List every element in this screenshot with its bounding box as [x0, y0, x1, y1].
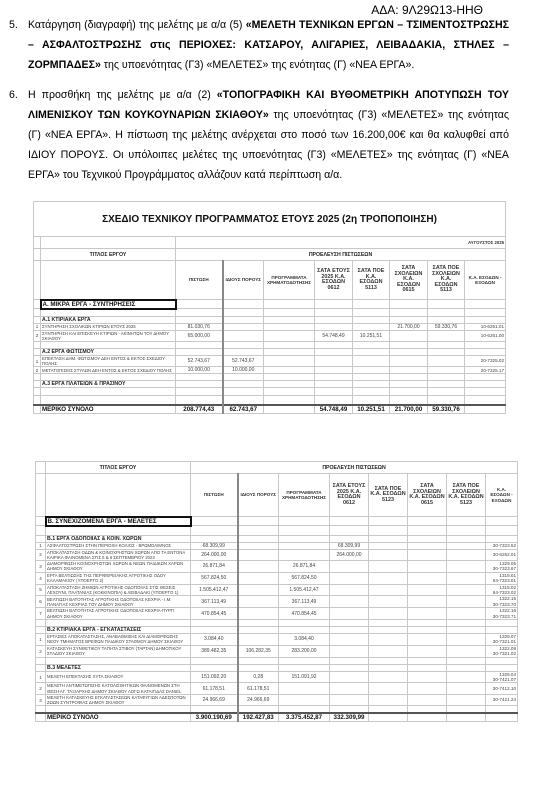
amount-cell	[353, 323, 390, 330]
amount-cell	[408, 549, 447, 560]
empty-cell	[486, 526, 518, 536]
amount-cell	[264, 323, 315, 330]
subtotal-amount: 21.700,00	[390, 405, 428, 414]
empty-cell	[390, 309, 428, 317]
amount-cell	[264, 330, 315, 341]
amount-cell: 61.178,51	[191, 683, 238, 694]
amount-cell: 26.871,84	[279, 560, 330, 572]
row-index: 4	[36, 572, 46, 584]
empty-cell	[41, 237, 176, 249]
empty-cell	[34, 261, 41, 300]
empty-cell	[191, 657, 238, 664]
project-name: ΑΣΦΑΛΤΟΣΤΡΩΣΗ ΣΤΗΝ ΠΕΡΙΟΧΗ ΚΟΛΙΟΣ - ΒΡΩΜ…	[46, 542, 191, 549]
empty-cell	[279, 664, 330, 671]
empty-cell	[465, 374, 506, 381]
amount-cell	[238, 549, 279, 560]
title-header-row: ΤΙΤΛΟΣ ΕΡΓΟΥΠΡΟΕΛΕΥΣΗ ΠΙΣΤΩΣΕΩΝ	[36, 462, 518, 474]
empty-cell	[486, 664, 518, 671]
subtotal-amount: 3.900.190,69	[191, 713, 238, 722]
empty-cell	[330, 619, 369, 626]
amount-cell	[279, 683, 330, 694]
empty-cell	[330, 535, 369, 542]
amount-cell	[264, 355, 315, 366]
subtotal-amount	[369, 713, 408, 722]
amount-cell	[369, 683, 408, 694]
column-header-row: ΠΙΣΤΩΣΗΙΔΙΟΥΣ ΠΟΡΟΥΣΠΡΟΓΡΑΜΜΑΤΑ ΧΡΗΜΑΤΟΔ…	[34, 261, 506, 300]
amount-cell: 567.824,50	[279, 572, 330, 584]
group-heading: Α.1 ΚΤΙΡΙΑΚΑ ΕΡΓΑ	[41, 316, 176, 323]
group-heading-row: Α.1 ΚΤΙΡΙΑΚΑ ΕΡΓΑ	[34, 316, 506, 323]
empty-cell	[36, 535, 46, 542]
empty-cell	[238, 535, 279, 542]
empty-cell	[279, 619, 330, 626]
empty-cell	[315, 381, 353, 388]
empty-cell	[264, 396, 315, 406]
row-index: 1	[36, 671, 46, 683]
empty-cell	[34, 237, 41, 249]
amount-cell	[369, 694, 408, 705]
empty-cell	[408, 517, 447, 526]
empty-cell	[447, 619, 486, 626]
empty-cell	[36, 657, 46, 664]
budget-code: 1315.0264-7323.02	[486, 584, 518, 596]
row-index: 3	[36, 560, 46, 572]
empty-cell	[353, 381, 390, 388]
table-row: 1ΕΡΓΑΣΙΕΣ ΑΠΟΚΑΤΑΣΤΑΣΗΣ, ΑΝΑΒΑΘΜΙΣΗΣ ΚΑΙ…	[36, 633, 518, 645]
column-header: ΣΑΤΑ ΣΧΟΛΕΙΩΝ Κ.Α. ΕΣΟΔΩΝ 0615	[408, 474, 447, 517]
spacer-row	[34, 388, 506, 396]
column-header: ΣΑΤΑ ΣΧΟΛΕΙΩΝ Κ.Α. ΕΣΟΔΩΝ 0615	[390, 261, 428, 300]
empty-cell	[465, 341, 506, 348]
column-header: ΣΑΤΑ ΕΤΟΥΣ 2025 Κ.Α. ΕΣΟΔΩΝ 0612	[315, 261, 353, 300]
amount-cell	[279, 549, 330, 560]
spacer-row	[36, 526, 518, 536]
empty-cell	[353, 396, 390, 406]
empty-cell	[46, 526, 191, 536]
empty-cell	[390, 388, 428, 396]
amount-cell	[353, 367, 390, 374]
table-row: 5ΑΠΟΚΑΤΑΣΤΑΣΗ ΖΗΜΙΩΝ ΑΓΡΟΤΙΚΗΣ ΟΔΟΠΟΙΙΑΣ…	[36, 584, 518, 596]
amount-cell: 567.824,50	[191, 572, 238, 584]
amount-cell	[447, 694, 486, 705]
row-index: 2	[36, 645, 46, 657]
group-heading: Α.2 ΕΡΓΑ ΦΩΤΙΣΜΟΥ	[41, 348, 176, 355]
empty-cell	[34, 388, 41, 396]
amount-cell	[447, 683, 486, 694]
empty-cell	[408, 657, 447, 664]
empty-cell	[264, 309, 315, 317]
table-row: 3ΜΕΛΕΤΗ ΚΑΤΑΣΚΕΥΗΣ ΕΓΚΑΤΑΣΤΑΣΕΩΝ ΚΑΤΑΦΥΓ…	[36, 694, 518, 705]
project-name: ΜΕΛΕΤΗ ΑΝΤΙΜΕΤΩΠΙΣΗΣ ΚΑΤΟΛΙΣΘΗΤΙΚΩΝ ΦΑΙΝ…	[46, 683, 191, 694]
empty-cell	[238, 706, 279, 714]
project-name: ΕΠΕΚΤΑΣΗ ΔΗΜ. ΦΩΤΙΣΜΟΥ ΔΕΗ ΕΝΤΟΣ & ΕΚΤΟΣ…	[41, 355, 176, 366]
empty-cell	[408, 526, 447, 536]
empty-cell	[315, 396, 353, 406]
amount-cell	[369, 671, 408, 683]
paragraph-number: 5.	[9, 15, 18, 35]
budget-code: 30-7421.24	[486, 694, 518, 705]
amount-cell: 21.700,00	[390, 323, 428, 330]
amount-cell	[330, 584, 369, 596]
amount-cell	[279, 542, 330, 549]
amount-cell	[238, 572, 279, 584]
empty-cell	[428, 388, 465, 396]
empty-cell	[223, 309, 264, 317]
amount-cell	[369, 572, 408, 584]
amount-cell	[330, 572, 369, 584]
empty-cell	[369, 657, 408, 664]
empty-cell	[486, 517, 518, 526]
empty-cell	[176, 348, 223, 355]
amount-cell	[369, 633, 408, 645]
amount-cell	[223, 323, 264, 330]
technical-program-table-a: ΣΧΕΔΙΟ ΤΕΧΝΙΚΟΥ ΠΡΟΓΡΑΜΜΑΤΟΣ ΕΤΟΥΣ 2025 …	[33, 201, 506, 414]
amount-cell: 367.113,49	[191, 596, 238, 608]
subtotal-amount	[264, 405, 315, 414]
group-heading-row: Β.3 ΜΕΛΕΤΕΣ	[36, 664, 518, 671]
empty-cell	[315, 374, 353, 381]
empty-cell	[279, 626, 330, 633]
empty-cell	[369, 535, 408, 542]
empty-cell	[447, 517, 486, 526]
empty-cell	[353, 316, 390, 323]
amount-cell	[408, 572, 447, 584]
budget-code: 30-7412.10	[486, 683, 518, 694]
table-title: ΣΧΕΔΙΟ ΤΕΧΝΙΚΟΥ ΠΡΟΓΡΑΜΜΑΤΟΣ ΕΤΟΥΣ 2025 …	[34, 202, 506, 237]
paragraph-text: Κατάργηση (διαγραφή) της μελέτης με α/α …	[28, 15, 509, 75]
subtotal-amount: 192.427,83	[238, 713, 279, 722]
empty-cell	[36, 462, 46, 474]
column-header: Κ.Α. ΕΣΟΔΩΝ - ΕΞΟΔΩΝ	[465, 261, 506, 300]
empty-cell	[36, 664, 46, 671]
amount-cell: 10.000,00	[176, 367, 223, 374]
empty-cell	[34, 300, 41, 309]
amount-cell: 1.505.412,47	[191, 584, 238, 596]
paragraph-text: Η προσθήκη της μελέτης με α/α (2) «ΤΟΠΟΓ…	[28, 85, 509, 185]
group-heading-row: Α.2 ΕΡΓΑ ΦΩΤΙΣΜΟΥ	[34, 348, 506, 355]
amount-cell	[330, 608, 369, 620]
empty-cell	[223, 396, 264, 406]
empty-cell	[353, 300, 390, 309]
amount-cell: 470.854,45	[279, 608, 330, 620]
empty-cell	[428, 316, 465, 323]
empty-cell	[238, 657, 279, 664]
table-row: 2ΑΠΟΚΑΤΑΣΤΑΣΗ ΟΔΩΝ & ΚΟΙΝΟΧΡΗΣΤΩΝ ΧΩΡΩΝ …	[36, 549, 518, 560]
project-name: ΔΙΑΜΟΡΦΩΣΗ ΚΟΙΝΟΧΡΗΣΤΩΝ ΧΩΡΩΝ & ΝΕΩΝ ΠΑΙ…	[46, 560, 191, 572]
empty-cell	[41, 309, 176, 317]
budget-code: 1322.1630-7323.71	[486, 608, 518, 620]
amount-cell	[330, 633, 369, 645]
subtotal-amount: 208.774,43	[176, 405, 223, 414]
empty-cell	[486, 535, 518, 542]
amount-cell: 3.084,40	[191, 633, 238, 645]
spacer-row	[34, 309, 506, 317]
amount-cell: 264.000,00	[191, 549, 238, 560]
project-name: ΒΕΛΤΙΩΣΗ ΒΑΤΟΤΗΤΑΣ ΑΓΡΟΤΙΚΗΣ ΟΔΟΠΟΙΙΑΣ Κ…	[46, 596, 191, 608]
amount-cell: 65.000,00	[176, 330, 223, 341]
empty-cell	[428, 374, 465, 381]
column-header: ΣΑΤΑ ΠΟΕ Κ.Α. ΕΣΟΔΩΝ 5113	[353, 261, 390, 300]
empty-cell	[428, 309, 465, 317]
row-index: 1	[34, 355, 41, 366]
amount-cell	[369, 560, 408, 572]
empty-cell	[330, 657, 369, 664]
empty-cell	[408, 706, 447, 714]
empty-cell	[223, 300, 264, 309]
amount-cell	[408, 542, 447, 549]
group-heading-row: Β.1 ΕΡΓΑ ΟΔΟΠΟΙΙΑΣ & ΚΟΙΝ. ΧΩΡΩΝ	[36, 535, 518, 542]
project-name: ΣΥΝΤΗΡΗΣΗ ΣΧΟΛΙΚΩΝ ΚΤΙΡΙΩΝ ΕΤΟΥΣ 2025	[41, 323, 176, 330]
column-header: Κ.Α. ΕΣΟΔΩΝ - ΕΞΟΔΩΝ	[486, 474, 518, 517]
empty-cell	[330, 664, 369, 671]
empty-cell	[330, 706, 369, 714]
amount-cell: 10.000,00	[223, 367, 264, 374]
empty-cell	[264, 341, 315, 348]
section-heading: Α. ΜΙΚΡΑ ΕΡΓΑ - ΣΥΝΤΗΡΗΣΕΙΣ	[41, 300, 176, 309]
table-row: 2ΜΕΤΑΤΟΠΙΣΕΙΣ ΣΤΥΛΩΝ ΔΕΗ ΕΝΤΟΣ & ΕΚΤΟΣ Σ…	[34, 367, 506, 374]
empty-cell	[264, 348, 315, 355]
project-title-header: ΤΙΤΛΟΣ ΕΡΓΟΥ	[41, 249, 176, 261]
empty-cell	[176, 374, 223, 381]
budget-code: 1329.0430-7421.07	[486, 671, 518, 683]
budget-code: 1322.1530-7323.70	[486, 596, 518, 608]
amount-cell	[447, 560, 486, 572]
subtotal-row: ΜΕΡΙΚΟ ΣΥΝΟΛΟ208.774,4362.743,6754.748,4…	[34, 405, 506, 414]
text-plain: Η προσθήκη της μελέτης με α/α (2)	[28, 89, 217, 101]
column-header: ΠΡΟΓΡΑΜΜΑΤΑ ΧΡΗΜΑΤΟΔΟΤΗΣΗΣ	[264, 261, 315, 300]
empty-cell	[390, 381, 428, 388]
amount-cell: 10.251,51	[353, 330, 390, 341]
amount-cell	[447, 584, 486, 596]
empty-cell	[34, 348, 41, 355]
empty-cell	[223, 341, 264, 348]
amount-cell: 264.000,00	[330, 549, 369, 560]
table-row: 1ΣΥΝΤΗΡΗΣΗ ΣΧΟΛΙΚΩΝ ΚΤΙΡΙΩΝ ΕΤΟΥΣ 202581…	[34, 323, 506, 330]
empty-cell	[369, 526, 408, 536]
empty-cell	[447, 526, 486, 536]
amount-cell	[408, 645, 447, 657]
empty-cell	[465, 381, 506, 388]
empty-cell	[447, 626, 486, 633]
budget-code: 1329.0530-7323.67	[486, 560, 518, 572]
amount-cell	[390, 355, 428, 366]
empty-cell	[428, 381, 465, 388]
empty-cell	[428, 300, 465, 309]
empty-cell	[353, 374, 390, 381]
table-row: 1ΑΣΦΑΛΤΟΣΤΡΩΣΗ ΣΤΗΝ ΠΕΡΙΟΧΗ ΚΟΛΙΟΣ - ΒΡΩ…	[36, 542, 518, 549]
empty-cell	[408, 626, 447, 633]
amount-cell	[369, 608, 408, 620]
empty-cell	[390, 316, 428, 323]
table-row: 2ΚΑΤΑΣΚΕΥΗ ΣΥΝΘΕΤΙΚΟΥ ΤΑΠΗΤΑ ΣΤΙΒΟΥ (ΤΑΡ…	[36, 645, 518, 657]
column-header: ΠΙΣΤΩΣΗ	[176, 261, 223, 300]
amount-cell	[238, 596, 279, 608]
date-row: ΑΥΓΟΥΣΤΟΣ 2025	[34, 237, 506, 249]
amount-cell: 283.200,00	[279, 645, 330, 657]
table-row: 3ΔΙΑΜΟΡΦΩΣΗ ΚΟΙΝΟΧΡΗΣΤΩΝ ΧΩΡΩΝ & ΝΕΩΝ ΠΑ…	[36, 560, 518, 572]
amount-cell	[447, 596, 486, 608]
empty-cell	[465, 396, 506, 406]
empty-cell	[369, 706, 408, 714]
table-row: 1ΜΕΛΕΤΗ ΕΠΕΚΤΑΣΗΣ ΧΥΤΑ ΣΚΙΑΘΟΥ151.092,20…	[36, 671, 518, 683]
empty-cell	[41, 261, 176, 300]
empty-cell	[191, 664, 238, 671]
empty-cell	[176, 388, 223, 396]
empty-cell	[238, 619, 279, 626]
table-row: 2ΣΥΝΤΗΡΗΣΗ ΚΑΙ ΕΠΙΣΚΕΥΗ ΚΤΙΡΙΩΝ - ΑΚΙΝΗΤ…	[34, 330, 506, 341]
empty-cell	[176, 316, 223, 323]
column-header: ΣΑΤΑ ΠΟΕ ΣΧΟΛΕΙΩΝ Κ.Α. ΕΣΟΔΩΝ 5113	[428, 261, 465, 300]
spacer-row	[34, 374, 506, 381]
row-index: 1	[36, 633, 46, 645]
empty-cell	[428, 396, 465, 406]
subtotal-amount	[486, 713, 518, 722]
amount-cell	[315, 355, 353, 366]
empty-cell	[34, 381, 41, 388]
empty-cell	[191, 706, 238, 714]
empty-cell	[315, 316, 353, 323]
empty-cell	[176, 309, 223, 317]
empty-cell	[191, 517, 238, 526]
empty-cell	[465, 300, 506, 309]
budget-code: 1322.0830-7321.02	[486, 645, 518, 657]
paragraph-item-6: 6. Η προσθήκη της μελέτης με α/α (2) «ΤΟ…	[0, 85, 539, 195]
project-name: ΜΕΛΕΤΗ ΚΑΤΑΣΚΕΥΗΣ ΕΓΚΑΤΑΣΤΑΣΕΩΝ ΚΑΤΑΦΥΓΙ…	[46, 694, 191, 705]
empty-cell	[176, 300, 223, 309]
amount-cell: 59.330,76	[428, 323, 465, 330]
empty-cell	[264, 300, 315, 309]
amount-cell	[408, 633, 447, 645]
amount-cell	[390, 330, 428, 341]
technical-program-table-b: ΤΙΤΛΟΣ ΕΡΓΟΥΠΡΟΕΛΕΥΣΗ ΠΙΣΤΩΣΕΩΝΠΙΣΤΩΣΗΙΔ…	[35, 461, 518, 722]
empty-cell	[264, 374, 315, 381]
funding-origin-header: ΠΡΟΕΛΕΥΣΗ ΠΙΣΤΩΣΕΩΝ	[191, 462, 518, 474]
row-index: 2	[34, 330, 41, 341]
column-header: ΠΙΣΤΩΣΗ	[191, 474, 238, 517]
table-row: 4ΕΡΓΑ ΒΕΛΤΙΩΣΗΣ ΤΗΣ ΠΕΡΙΦΕΡΕΙΑΚΗΣ ΑΓΡΟΤΙ…	[36, 572, 518, 584]
budget-code: 20-7325.17	[465, 367, 506, 374]
amount-cell	[408, 671, 447, 683]
amount-cell	[428, 330, 465, 341]
amount-cell	[369, 584, 408, 596]
amount-cell	[408, 683, 447, 694]
subtotal-amount	[408, 713, 447, 722]
budget-code: 20-7325.02	[465, 355, 506, 366]
empty-cell	[465, 348, 506, 355]
spacer-row	[34, 341, 506, 348]
empty-cell	[41, 396, 176, 406]
subtotal-amount	[465, 405, 506, 414]
amount-cell	[447, 572, 486, 584]
empty-cell	[330, 526, 369, 536]
empty-cell	[36, 626, 46, 633]
row-index: 2	[36, 549, 46, 560]
row-index: 2	[36, 683, 46, 694]
amount-cell	[447, 608, 486, 620]
subtotal-label: ΜΕΡΙΚΟ ΣΥΝΟΛΟ	[46, 713, 191, 722]
project-name: ΜΕΛΕΤΗ ΕΠΕΚΤΑΣΗΣ ΧΥΤΑ ΣΚΙΑΘΟΥ	[46, 671, 191, 683]
group-heading: Β.3 ΜΕΛΕΤΕΣ	[46, 664, 191, 671]
amount-cell: 151.091,92	[279, 671, 330, 683]
empty-cell	[264, 381, 315, 388]
empty-cell	[36, 713, 46, 722]
group-heading: Α.3 ΕΡΓΑ ΠΛΑΤΕΙΩΝ & ΠΡΑΣΙΝΟΥ	[41, 381, 176, 388]
empty-cell	[447, 535, 486, 542]
empty-cell	[36, 706, 46, 714]
row-index: 1	[34, 323, 41, 330]
amount-cell	[330, 694, 369, 705]
amount-cell	[408, 596, 447, 608]
empty-cell	[465, 309, 506, 317]
amount-cell	[238, 633, 279, 645]
empty-cell	[41, 341, 176, 348]
empty-cell	[390, 341, 428, 348]
amount-cell	[447, 542, 486, 549]
amount-cell: 68.309,99	[191, 542, 238, 549]
amount-cell: 52.743,67	[176, 355, 223, 366]
project-name: ΜΕΤΑΤΟΠΙΣΕΙΣ ΣΤΥΛΩΝ ΔΕΗ ΕΝΤΟΣ & ΕΚΤΟΣ ΣΧ…	[41, 367, 176, 374]
column-header: ΣΑΤΑ ΕΤΟΥΣ 2025 Κ.Α. ΕΣΟΔΩΝ 0612	[330, 474, 369, 517]
row-index: 3	[36, 694, 46, 705]
amount-cell	[447, 671, 486, 683]
empty-cell	[46, 619, 191, 626]
amount-cell	[279, 694, 330, 705]
project-name: ΒΕΛΤΙΩΣΗ ΒΑΤΟΤΗΤΑΣ ΑΓΡΟΤΙΚΗΣ ΟΔΟΠΟΙΙΑΣ Κ…	[46, 608, 191, 620]
amount-cell: 54.748,49	[315, 330, 353, 341]
empty-cell	[315, 300, 353, 309]
empty-cell	[36, 517, 46, 526]
empty-cell	[369, 664, 408, 671]
empty-cell	[223, 374, 264, 381]
budget-code: 30-6262.01	[486, 549, 518, 560]
empty-cell	[46, 657, 191, 664]
amount-cell	[264, 367, 315, 374]
empty-cell	[447, 664, 486, 671]
empty-cell	[223, 316, 264, 323]
amount-cell	[369, 596, 408, 608]
empty-cell	[279, 657, 330, 664]
empty-cell	[315, 309, 353, 317]
section-row: Α. ΜΙΚΡΑ ΕΡΓΑ - ΣΥΝΤΗΡΗΣΕΙΣ	[34, 300, 506, 309]
spacer-row	[36, 657, 518, 664]
amount-cell	[408, 694, 447, 705]
row-index: 2	[34, 367, 41, 374]
empty-cell	[279, 535, 330, 542]
empty-cell	[486, 626, 518, 633]
subtotal-amount: 10.251,51	[353, 405, 390, 414]
table-row: 1ΕΠΕΚΤΑΣΗ ΔΗΜ. ΦΩΤΙΣΜΟΥ ΔΕΗ ΕΝΤΟΣ & ΕΚΤΟ…	[34, 355, 506, 366]
empty-cell	[315, 388, 353, 396]
group-heading-row: Β.2 ΚΤΙΡΙΑΚΑ ΕΡΓΑ - ΕΓΚΑΤΑΣΤΑΣΕΙΣ	[36, 626, 518, 633]
empty-cell	[238, 526, 279, 536]
empty-cell	[315, 348, 353, 355]
empty-cell	[176, 381, 223, 388]
amount-cell	[315, 323, 353, 330]
amount-cell	[408, 608, 447, 620]
empty-cell	[279, 517, 330, 526]
amount-cell: 151.092,20	[191, 671, 238, 683]
amount-cell	[238, 560, 279, 572]
empty-cell	[223, 388, 264, 396]
empty-cell	[465, 388, 506, 396]
empty-cell	[315, 341, 353, 348]
empty-cell	[408, 664, 447, 671]
empty-cell	[223, 348, 264, 355]
empty-cell	[465, 316, 506, 323]
subtotal-amount: 59.330,76	[428, 405, 465, 414]
subtotal-amount: 54.748,49	[315, 405, 353, 414]
amount-cell: 470.854,45	[191, 608, 238, 620]
